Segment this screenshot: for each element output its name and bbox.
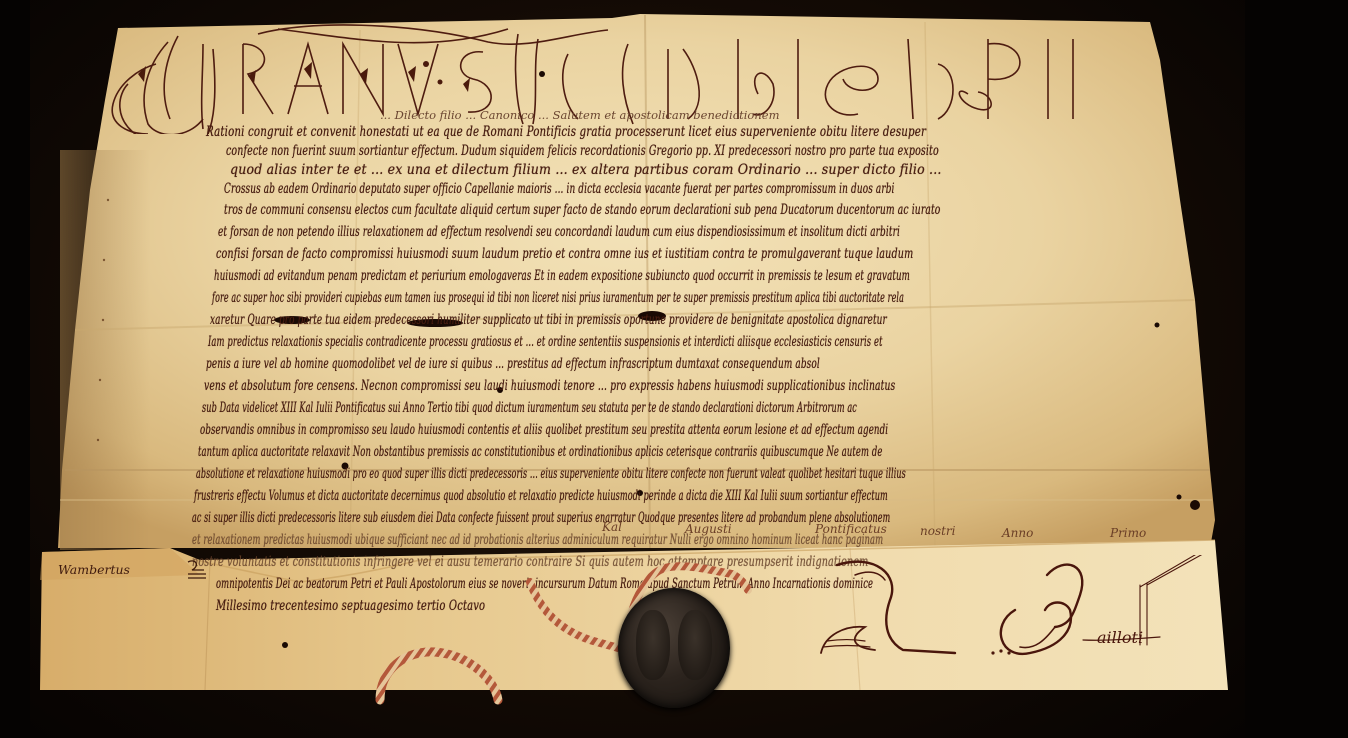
signature-text: ailloti	[1097, 628, 1143, 647]
date-fragment: Anno	[1002, 526, 1033, 540]
date-fragment: Augusti	[685, 522, 732, 536]
date-fragment: Pontificatus	[815, 522, 887, 536]
lead-seal-bulla	[618, 588, 730, 708]
body-line: absolutione et relaxatione huiusmodi pro…	[196, 466, 906, 482]
body-line: et forsan de non petendo illius relaxati…	[218, 224, 900, 240]
body-line: confecte non fuerint suum sortiantur eff…	[226, 143, 939, 159]
date-fragment: Primo	[1110, 526, 1146, 540]
body-line: ac si super illis dicti predecessoris li…	[192, 510, 890, 526]
seal-face-right	[678, 610, 712, 680]
body-line: xaretur Quare pro parte tua eidem predec…	[210, 312, 887, 328]
body-line: penis a iure vel ab homine quomodolibet …	[206, 356, 820, 372]
body-line: confisi forsan de facto compromissi huiu…	[216, 246, 913, 262]
registration-mark	[182, 556, 212, 586]
body-line: tros de communi consensu electos cum fac…	[224, 202, 940, 218]
body-line: frustreris effectu Volumus et dicta auct…	[194, 488, 888, 504]
body-line: Crossus ab eadem Ordinario deputato supe…	[224, 181, 895, 197]
body-line: quod alias inter te et ... ex una et dil…	[230, 162, 942, 178]
body-line: fore ac super hoc sibi provideri cupieba…	[212, 290, 904, 306]
plica-name-note: Wambertus	[58, 562, 130, 577]
photo-scene: ... Dilecto filio ... Canonico ... Salut…	[0, 0, 1348, 738]
salutation-line: ... Dilecto filio ... Canonico ... Salut…	[380, 108, 779, 122]
body-line: tantum aplica auctoritate relaxavit Non …	[198, 444, 882, 460]
body-line: Iam predictus relaxationis specialis con…	[208, 334, 883, 350]
body-line: Rationi congruit et convenit honestati u…	[206, 124, 926, 140]
body-line: huiusmodi ad evitandum penam predictam e…	[214, 268, 910, 284]
seal-face-left	[636, 610, 670, 680]
body-line: observandis omnibus in compromisso seu l…	[200, 422, 888, 438]
date-fragment: Kal	[602, 520, 622, 534]
body-line: vens et absolutum fore censens. Necnon c…	[204, 378, 895, 394]
date-fragment: nostri	[920, 524, 956, 538]
body-line: et relaxationem predictas huiusmodi ubiq…	[192, 532, 883, 548]
body-line: sub Data videlicet XIII Kal Iulii Pontif…	[202, 400, 857, 416]
chancery-signature: ailloti	[815, 555, 1235, 675]
